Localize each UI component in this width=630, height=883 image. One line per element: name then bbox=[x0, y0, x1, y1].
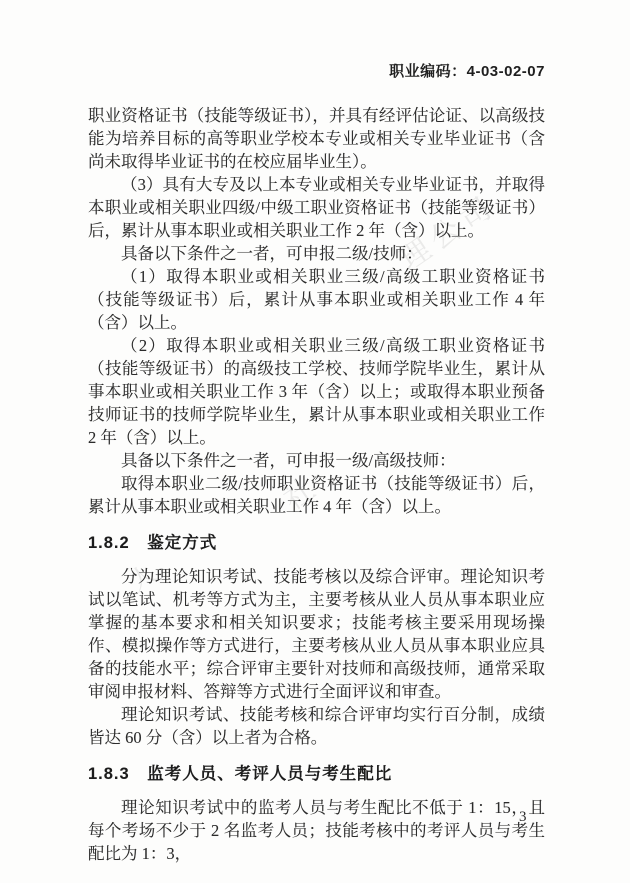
paragraph: 理论知识考试中的监考人员与考生配比不低于 1：15，且每个考场不少于 2 名监考… bbox=[88, 796, 545, 865]
paragraph: 理论知识考试、技能考核和综合评审均实行百分制，成绩皆达 60 分（含）以上者为合… bbox=[88, 703, 545, 749]
paragraph: 具备以下条件之一者，可申报一级/高级技师： bbox=[88, 449, 545, 472]
section-heading-1-8-3: 1.8.3 监考人员、考评人员与考生配比 bbox=[88, 763, 545, 786]
section-heading-1-8-2: 1.8.2 鉴定方式 bbox=[88, 532, 545, 555]
paragraph: 具备以下条件之一者，可申报二级/技师： bbox=[88, 242, 545, 265]
document-body: 职业资格证书（技能等级证书），并具有经评估论证、以高级技能为培养目标的高等职业学… bbox=[88, 104, 545, 865]
paragraph: （1）取得本职业或相关职业三级/高级工职业资格证书（技能等级证书）后，累计从事本… bbox=[88, 265, 545, 334]
page-number: 3 bbox=[519, 809, 527, 826]
paragraph: 职业资格证书（技能等级证书），并具有经评估论证、以高级技能为培养目标的高等职业学… bbox=[88, 104, 545, 173]
job-code-header: 职业编码：4-03-02-07 bbox=[389, 60, 545, 81]
paragraph: 分为理论知识考试、技能考核以及综合评审。理论知识考试以笔试、机考等方式为主，主要… bbox=[88, 565, 545, 703]
paragraph: 取得本职业二级/技师职业资格证书（技能等级证书）后，累计从事本职业或相关职业工作… bbox=[88, 472, 545, 518]
document-page: 理公司 社 人 职业编码：4-03-02-07 职业资格证书（技能等级证书），并… bbox=[0, 0, 630, 883]
paragraph: （3）具有大专及以上本专业或相关专业毕业证书，并取得本职业或相关职业四级/中级工… bbox=[88, 173, 545, 242]
paragraph: （2）取得本职业或相关职业三级/高级工职业资格证书（技能等级证书）的高级技工学校… bbox=[88, 334, 545, 449]
